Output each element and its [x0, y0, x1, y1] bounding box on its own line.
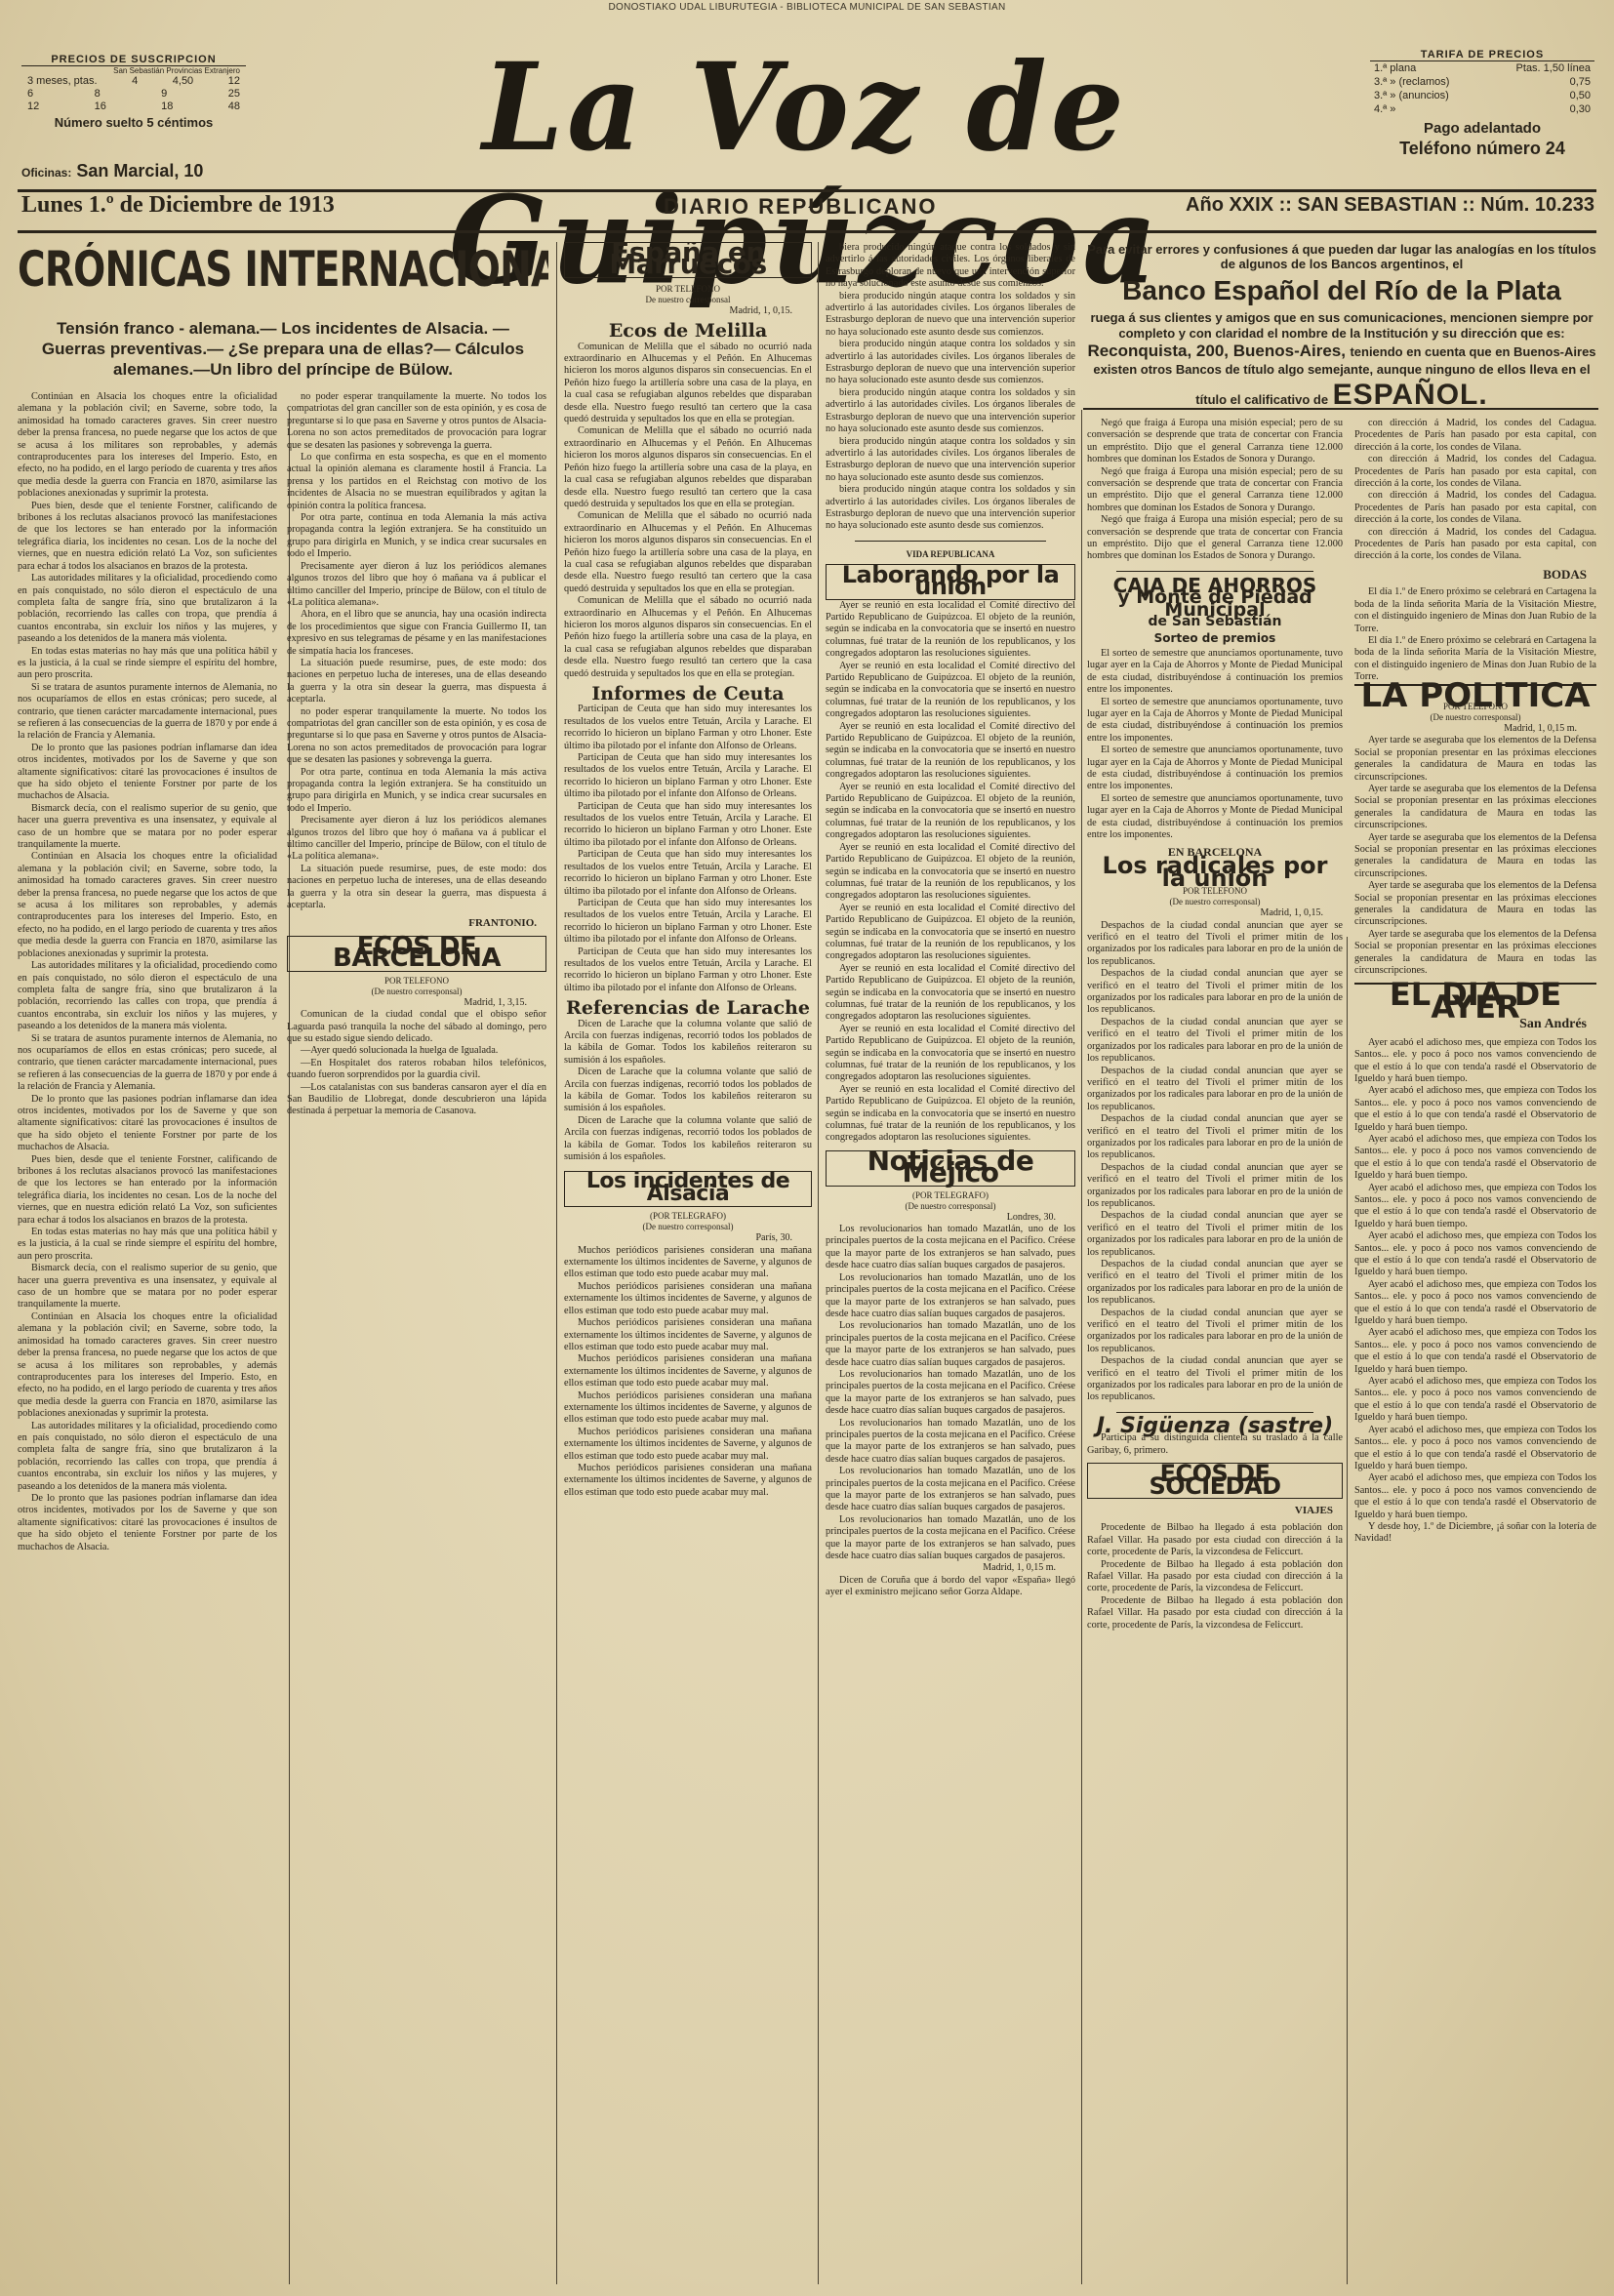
ceuta-subhead: Informes de Ceuta — [564, 688, 812, 700]
cronicas-body-right: no poder esperar tranquilamente la muert… — [287, 391, 546, 1553]
rate-row: 3.ª » (anuncios)0,50 — [1370, 89, 1594, 102]
subscription-row: 12 16 18 48 — [21, 101, 246, 113]
rate-row: 3.ª » (reclamos)0,75 — [1370, 75, 1594, 89]
archive-banner: DONOSTIAKO UDAL LIBURUTEGIA - BIBLIOTECA… — [0, 2, 1614, 13]
dateline-rule — [18, 230, 1596, 233]
column-rule — [818, 242, 819, 2284]
bodas-subhead: BODAS — [1364, 569, 1587, 581]
dia-de-ayer-headline: EL DIA DE AYER — [1354, 983, 1596, 1013]
tagline: DIARIO REPUBLICANO — [664, 194, 937, 220]
rate-row: 1.ª planaPtas. 1,50 línea — [1370, 61, 1594, 75]
laborando-headline: Laborando por la unión — [826, 564, 1075, 600]
ecos-barcelona-headline: ECOS DE BARCELONA — [287, 936, 546, 972]
banco-espanol-emphasis: ESPAÑOL. — [1333, 379, 1488, 408]
cronicas-body-left: Continúan en Alsacia los choques entre l… — [18, 391, 277, 1553]
banco-espanol-ad: Para evitar errores y confusiones á que … — [1087, 242, 1596, 408]
subscription-columns: San Sebastián Provincias Extranjero — [21, 66, 246, 75]
marruecos-column: España en Marruecos POR TELEFONO De nues… — [564, 242, 812, 2288]
subscription-title: PRECIOS DE SUSCRIPCION — [21, 54, 246, 66]
la-politica-headline: LA POLITICA — [1354, 684, 1596, 702]
single-copy-price: Número suelto 5 céntimos — [21, 115, 246, 130]
mejico-headline: Noticias de Méjico — [826, 1150, 1075, 1187]
republicana-column: biera producido ningún ataque contra los… — [826, 242, 1075, 2288]
larache-subhead: Referencias de Larache — [564, 1002, 812, 1014]
dateline-bar: Lunes 1.º de Diciembre de 1913 DIARIO RE… — [0, 190, 1614, 225]
cronicas-headline: CRÓNICAS INTERNACIONALES — [18, 242, 547, 297]
column-five: con dirección á Madrid, los condes del C… — [1354, 418, 1596, 2288]
subscription-row: 6 8 9 25 — [21, 88, 246, 101]
ecos-sociedad-headline: ECOS DE SOCIEDAD — [1087, 1463, 1343, 1499]
subscription-prices-box: PRECIOS DE SUSCRIPCION San Sebastián Pro… — [21, 54, 246, 130]
melilla-subhead: Ecos de Melilla — [564, 325, 812, 337]
column-rule — [556, 242, 557, 2284]
section-divider — [855, 541, 1046, 542]
column-rule — [1347, 937, 1348, 2284]
payment-note: Pago adelantado — [1370, 120, 1594, 137]
cronicas-signature: FRANTONIO. — [297, 917, 537, 929]
banco-address: Reconquista, 200, Buenos-Aires, — [1087, 342, 1346, 360]
section-divider — [1116, 1412, 1313, 1413]
newspaper-page: DONOSTIAKO UDAL LIBURUTEGIA - BIBLIOTECA… — [0, 0, 1614, 2296]
phone-number: Teléfono número 24 — [1370, 139, 1594, 159]
cronicas-subhead: Tensión franco - alemana.— Los incidente… — [37, 318, 529, 380]
column-rule — [1081, 410, 1082, 2284]
subscription-row: 3 meses, ptas. 4 4,50 12 — [21, 75, 246, 88]
rate-row: 4.ª »0,30 — [1370, 102, 1594, 116]
radicales-headline: Los radicales por la unión — [1087, 860, 1343, 884]
issue-info: Año XXIX :: SAN SEBASTIAN :: Núm. 10.233 — [1186, 194, 1594, 217]
offices-address: Oficinas: San Marcial, 10 — [21, 161, 203, 181]
marruecos-headline: España en Marruecos — [564, 242, 812, 278]
cronicas-article: CRÓNICAS INTERNACIONALES Tensión franco … — [18, 242, 548, 2288]
alsacia-headline: Los incidentes de Alsacia — [564, 1171, 812, 1207]
siguenza-ad: J. Sigüenza (sastre) — [1087, 1421, 1343, 1432]
rates-box: TARIFA DE PRECIOS 1.ª planaPtas. 1,50 lí… — [1370, 49, 1594, 159]
rates-title: TARIFA DE PRECIOS — [1370, 49, 1594, 61]
ad-rule — [1083, 408, 1598, 410]
column-four: Negó que fraiga á Europa una misión espe… — [1087, 418, 1343, 2288]
issue-date: Lunes 1.º de Diciembre de 1913 — [21, 192, 335, 219]
section-divider — [1116, 571, 1313, 572]
banco-name: Banco Español del Río de la Plata — [1087, 275, 1596, 306]
